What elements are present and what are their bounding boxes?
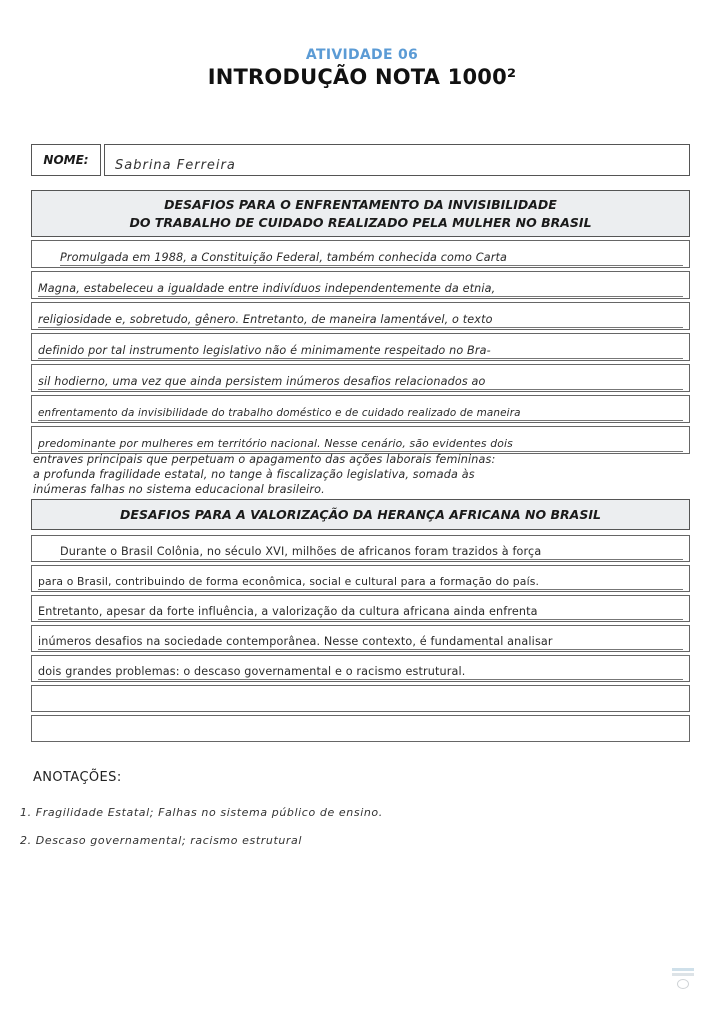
scan-stamp-icon: [672, 966, 694, 996]
writing-line[interactable]: inúmeros desafios na sociedade contempor…: [31, 625, 690, 652]
writing-line[interactable]: Magna, estabeleceu a igualdade entre ind…: [31, 271, 690, 299]
page-header: ATIVIDADE 06 INTRODUÇÃO NOTA 1000²: [0, 46, 724, 90]
writing-line[interactable]: definido por tal instrumento legislativo…: [31, 333, 690, 361]
note-item: 2. Descaso governamental; racismo estrut…: [20, 834, 302, 847]
notes-title: ANOTAÇÕES:: [33, 770, 122, 785]
writing-line[interactable]: para o Brasil, contribuindo de forma eco…: [31, 565, 690, 592]
name-row: NOME: Sabrina Ferreira: [31, 144, 690, 176]
section1-heading-line2: DO TRABALHO DE CUIDADO REALIZADO PELA MU…: [129, 214, 591, 232]
writing-line[interactable]: Entretanto, apesar da forte influência, …: [31, 595, 690, 622]
writing-line[interactable]: enfrentamento da invisibilidade do traba…: [31, 395, 690, 423]
writing-line[interactable]: Promulgada em 1988, a Constituição Feder…: [31, 240, 690, 268]
writing-line-empty[interactable]: [31, 715, 690, 742]
section2-heading-text: DESAFIOS PARA A VALORIZAÇÃO DA HERANÇA A…: [120, 506, 601, 524]
writing-line[interactable]: sil hodierno, uma vez que ainda persiste…: [31, 364, 690, 392]
activity-label: ATIVIDADE 06: [0, 46, 724, 64]
writing-line-empty[interactable]: [31, 685, 690, 712]
writing-line[interactable]: dois grandes problemas: o descaso govern…: [31, 655, 690, 682]
name-field[interactable]: Sabrina Ferreira: [104, 144, 690, 176]
section1-heading-line1: DESAFIOS PARA O ENFRENTAMENTO DA INVISIB…: [164, 196, 557, 214]
writing-line[interactable]: predominante por mulheres em território …: [31, 426, 690, 454]
name-label: NOME:: [31, 144, 101, 176]
writing-line[interactable]: Durante o Brasil Colônia, no século XVI,…: [31, 535, 690, 562]
section2-lines: Durante o Brasil Colônia, no século XVI,…: [31, 535, 690, 745]
overflow-line: entraves principais que perpetuam o apag…: [33, 453, 495, 467]
overflow-line: inúmeras falhas no sistema educacional b…: [33, 483, 325, 497]
overflow-line: a profunda fragilidade estatal, no tange…: [33, 468, 475, 482]
writing-line[interactable]: religiosidade e, sobretudo, gênero. Entr…: [31, 302, 690, 330]
page-title: INTRODUÇÃO NOTA 1000²: [0, 64, 724, 90]
section2-heading: DESAFIOS PARA A VALORIZAÇÃO DA HERANÇA A…: [31, 499, 690, 530]
section1-heading: DESAFIOS PARA O ENFRENTAMENTO DA INVISIB…: [31, 190, 690, 237]
section1-lines: Promulgada em 1988, a Constituição Feder…: [31, 240, 690, 457]
note-item: 1. Fragilidade Estatal; Falhas no sistem…: [20, 806, 383, 819]
